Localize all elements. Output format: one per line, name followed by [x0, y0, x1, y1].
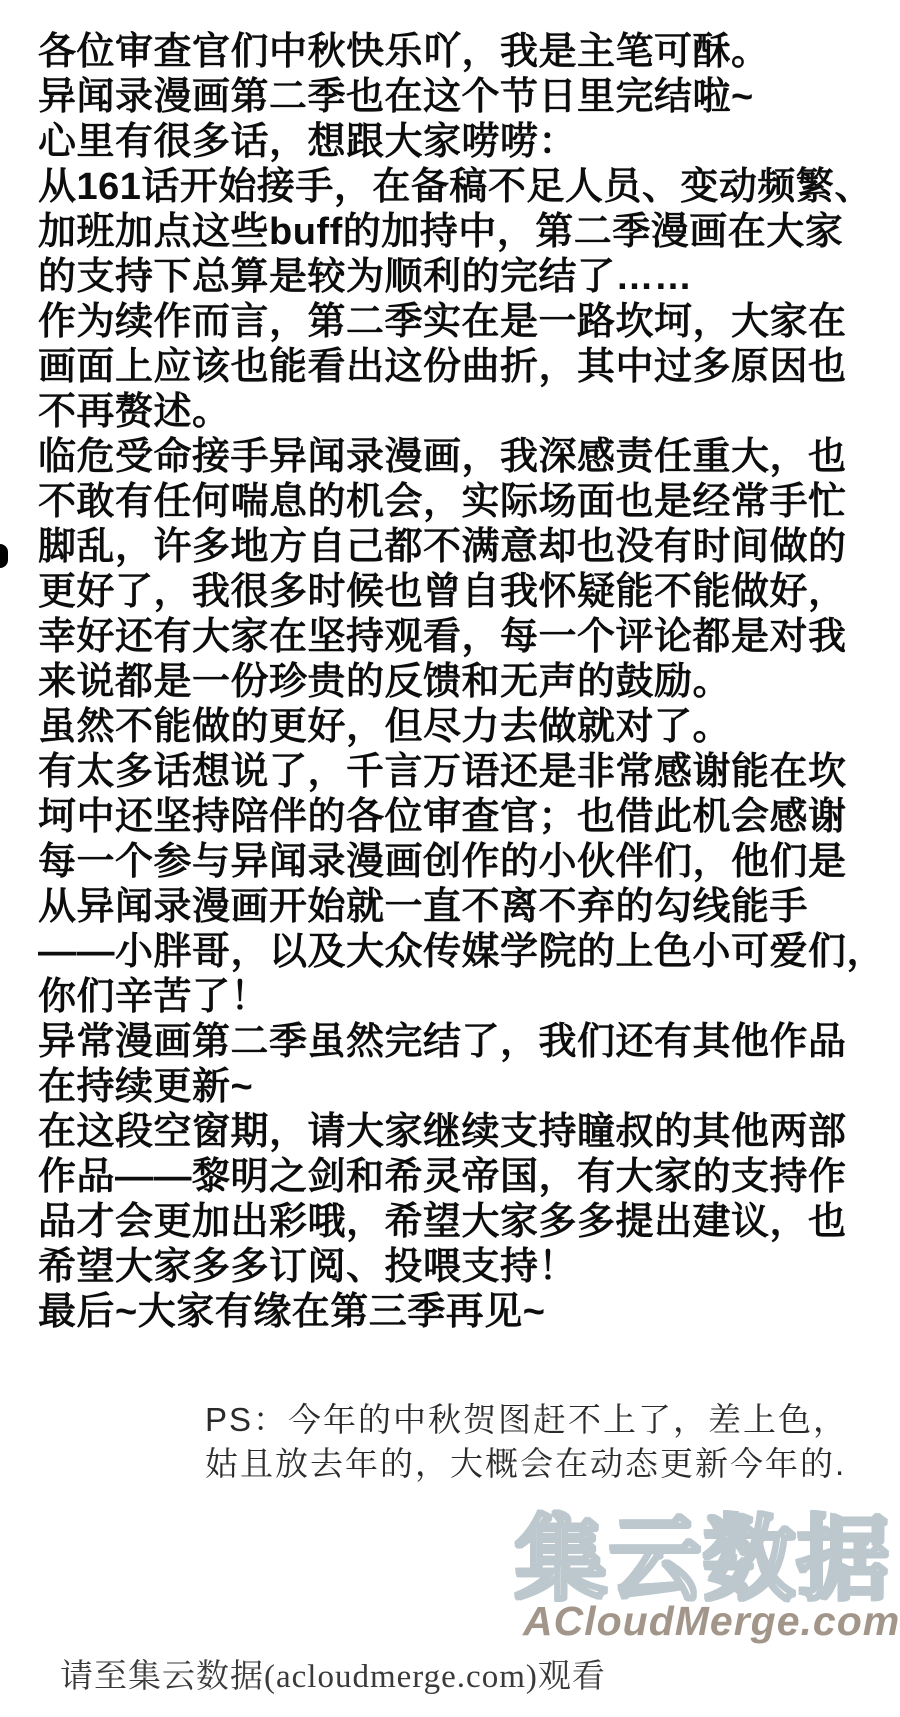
letter-line: 最后~大家有缘在第三季再见~	[38, 1290, 878, 1335]
letter-line: 作品——黎明之剑和希灵帝国，有大家的支持作	[38, 1155, 878, 1200]
letter-line: 希望大家多多订阅、投喂支持！	[38, 1245, 878, 1290]
afterword-letter: 各位审查官们中秋快乐吖，我是主笔可酥。 异闻录漫画第二季也在这个节日里完结啦~ …	[38, 30, 878, 1335]
letter-line: 有太多话想说了，千言万语还是非常感谢能在坎	[38, 750, 878, 795]
letter-line: 加班加点这些buff的加持中，第二季漫画在大家	[38, 210, 878, 255]
letter-line: 虽然不能做的更好，但尽力去做就对了。	[38, 705, 878, 750]
letter-line: 的支持下总算是较为顺利的完结了……	[38, 255, 878, 300]
letter-line: 你们辛苦了！	[38, 975, 878, 1020]
letter-line: 临危受命接手异闻录漫画，我深感责任重大，也	[38, 435, 878, 480]
letter-line: 各位审查官们中秋快乐吖，我是主笔可酥。	[38, 30, 878, 75]
letter-line: 品才会更加出彩哦，希望大家多多提出建议，也	[38, 1200, 878, 1245]
letter-line: 坷中还坚持陪伴的各位审查官；也借此机会感谢	[38, 795, 878, 840]
letter-line: 从161话开始接手，在备稿不足人员、变动频繁、	[38, 165, 878, 210]
letter-line: 画面上应该也能看出这份曲折，其中过多原因也	[38, 345, 878, 390]
letter-line: 异闻录漫画第二季也在这个节日里完结啦~	[38, 75, 878, 120]
letter-line: 异常漫画第二季虽然完结了，我们还有其他作品	[38, 1020, 878, 1065]
ps-note-line-1: PS：今年的中秋贺图赶不上了，差上色，	[205, 1398, 848, 1442]
letter-line: 每一个参与异闻录漫画创作的小伙伴们，他们是	[38, 840, 878, 885]
letter-line: ——小胖哥，以及大众传媒学院的上色小可爱们，	[38, 930, 878, 975]
ps-note: PS：今年的中秋贺图赶不上了，差上色， 姑且放去年的，大概会在动态更新今年的.	[205, 1398, 848, 1486]
letter-line: 更好了，我很多时候也曾自我怀疑能不能做好，	[38, 570, 878, 615]
letter-line: 不敢有任何喘息的机会，实际场面也是经常手忙	[38, 480, 878, 525]
footer-note: 请至集云数据(acloudmerge.com)观看	[60, 1655, 606, 1700]
letter-line: 在持续更新~	[38, 1065, 878, 1110]
letter-line: 脚乱，许多地方自己都不满意却也没有时间做的	[38, 525, 878, 570]
ps-note-line-2: 姑且放去年的，大概会在动态更新今年的.	[205, 1442, 848, 1486]
watermark-title: 集云数据	[515, 1512, 891, 1608]
watermark-site: ACloudMerge.com	[523, 1598, 900, 1644]
letter-line: 作为续作而言，第二季实在是一路坎坷，大家在	[38, 300, 878, 345]
letter-line: 来说都是一份珍贵的反馈和无声的鼓励。	[38, 660, 878, 705]
letter-line: 幸好还有大家在坚持观看，每一个评论都是对我	[38, 615, 878, 660]
letter-line: 心里有很多话，想跟大家唠唠：	[38, 120, 878, 165]
letter-line: 在这段空窗期，请大家继续支持瞳叔的其他两部	[38, 1110, 878, 1155]
page-edge-mark	[0, 544, 8, 568]
letter-line: 不再赘述。	[38, 390, 878, 435]
letter-line: 从异闻录漫画开始就一直不离不弃的勾线能手	[38, 885, 878, 930]
